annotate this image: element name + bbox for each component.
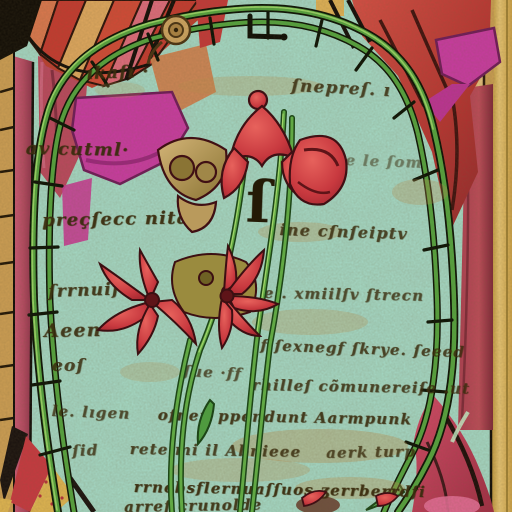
flowers-overlay-layer	[0, 0, 512, 512]
stem-leaf	[198, 400, 214, 444]
upper-lily-cluster	[158, 91, 347, 232]
manuscript-artwork: ıkaſı · ſnepreſ. ı av cutml· q̃ute le ſo…	[0, 0, 512, 512]
flower-bud	[249, 91, 267, 109]
dried-bud-small	[178, 196, 216, 232]
red-trumpet-right	[290, 136, 347, 205]
bottom-red-accents	[302, 491, 398, 506]
